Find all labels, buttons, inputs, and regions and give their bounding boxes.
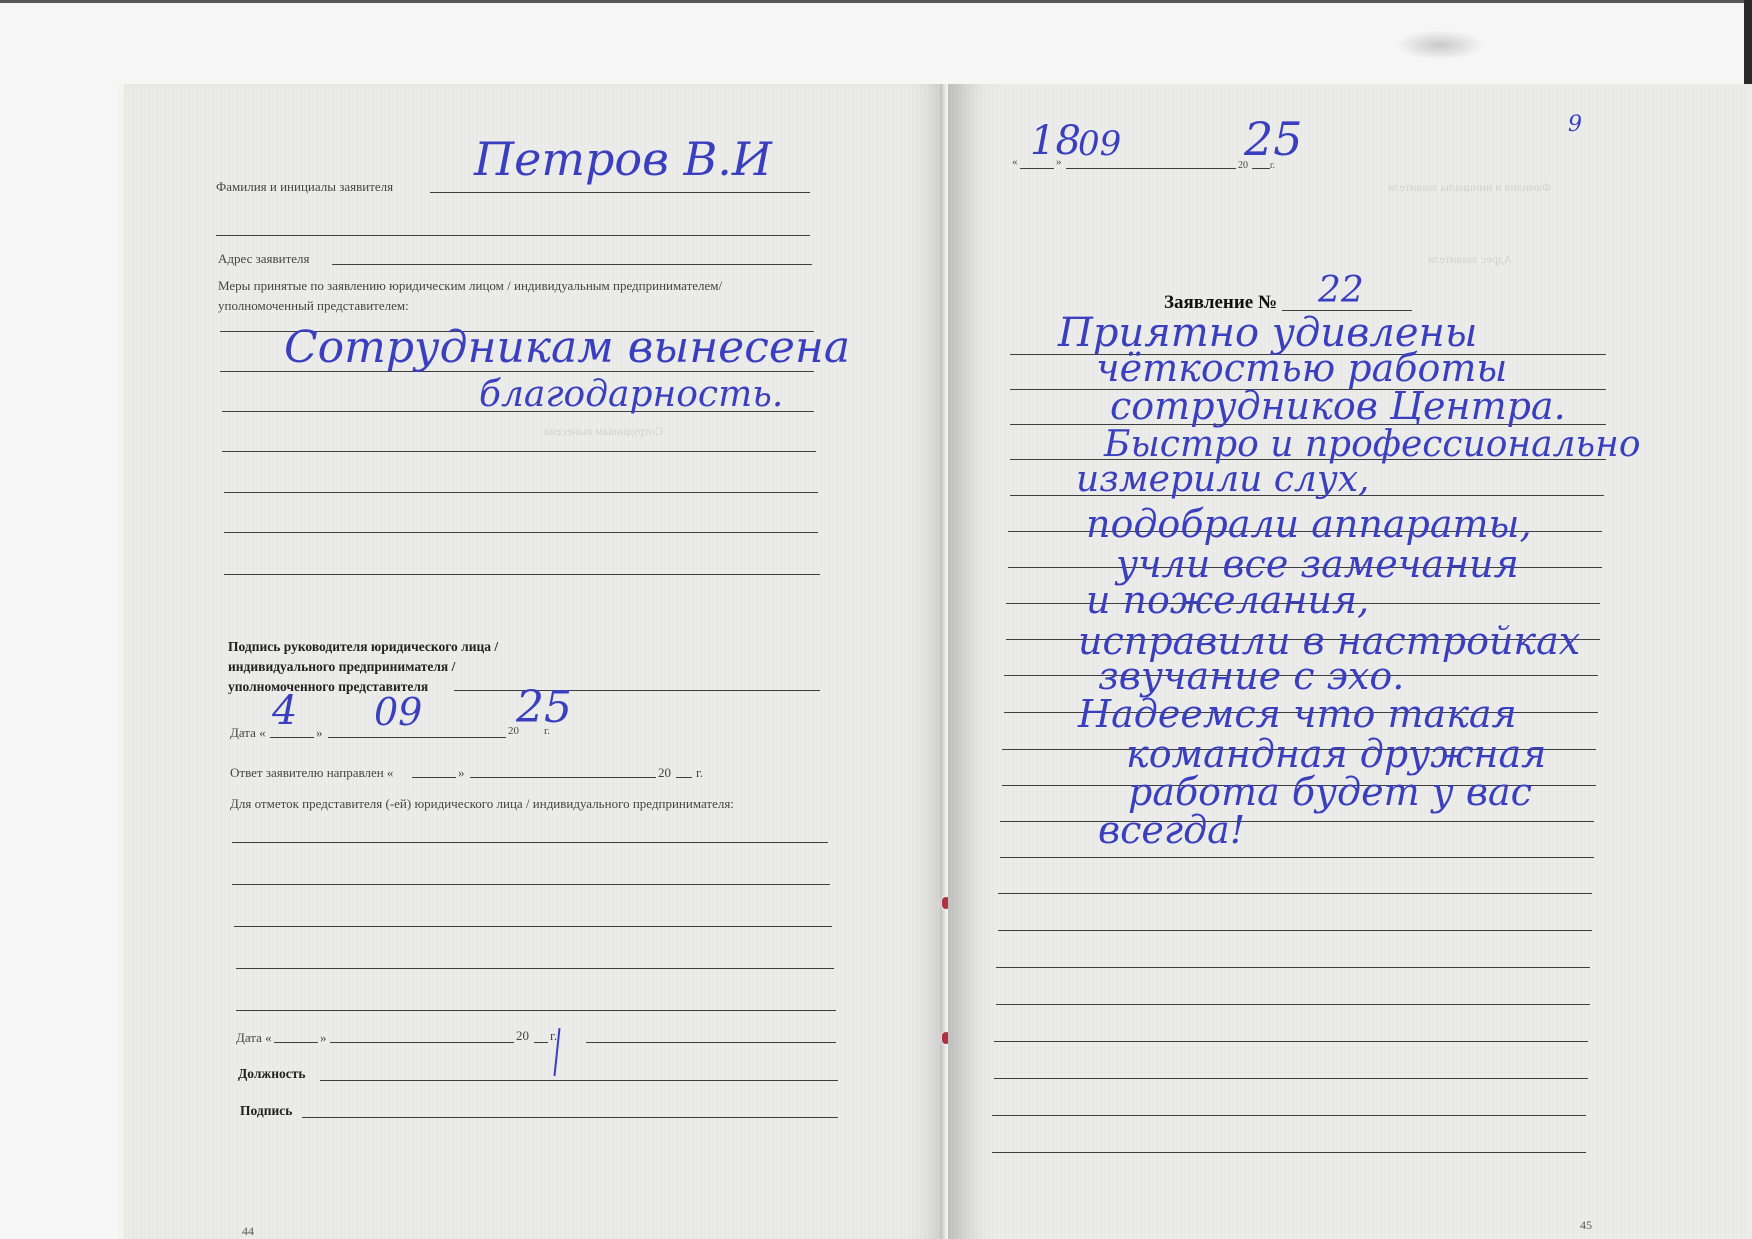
date-month-line [1066,168,1236,169]
notes-label: Для отметок представителя (-ей) юридичес… [230,796,734,812]
ruled-line [992,1115,1586,1116]
bottom-year-prefix: 20 [516,1028,529,1044]
response-label: Ответ заявителю направлен « [230,765,393,781]
bleed-through-text: Фамилия и инициалы заявителя [1388,180,1552,195]
left-page: Фамилия и инициалы заявителя Петров В.И … [118,84,946,1239]
ruled-line [994,1041,1588,1042]
date-quote-close: » [316,725,323,741]
ruled-line [1000,821,1594,822]
response-month-line [470,777,656,778]
position-label: Должность [238,1066,306,1082]
statement-line: подобрали аппараты, [1086,502,1532,546]
ruled-line [1000,857,1594,858]
signature-label-2: индивидуального предпринимателя / [228,659,455,675]
position-line [320,1080,838,1081]
response-year-line [676,777,692,778]
scan-edge-right [1744,0,1752,90]
scan-edge-top [0,0,1752,3]
applicant-name-value: Петров В.И [474,132,772,186]
address-label: Адрес заявителя [218,251,310,267]
form-line [586,1042,836,1043]
form-line [222,451,816,452]
response-quote-close: » [458,765,465,781]
response-day-line [412,777,456,778]
notes-line [236,1010,836,1011]
statement-line: Надеемся что такая [1078,692,1517,736]
date-month-value: 09 [1078,124,1121,164]
ink-smudge [1395,30,1485,60]
sign-label: Подпись [240,1103,292,1119]
date-month-line [328,737,506,738]
date-day-value: 18 [1030,118,1081,164]
measures-label-1: Меры принятые по заявлению юридическим л… [218,278,722,294]
date-label: Дата « [230,725,266,741]
page-number-left: 44 [242,1224,254,1239]
ruled-line [992,1152,1586,1153]
statement-number: 22 [1318,270,1364,311]
applicant-name-label: Фамилия и инициалы заявителя [216,179,393,195]
applicant-name-line [430,192,810,193]
signature-line [454,690,820,691]
bottom-date-day-line [274,1042,318,1043]
ruled-line [994,1078,1588,1079]
form-line [224,574,820,575]
response-year-suffix: г. [696,765,703,781]
ruled-line [996,967,1590,968]
ruled-line [996,1004,1590,1005]
ruled-line [998,930,1592,931]
open-journal: Фамилия и инициалы заявителя Петров В.И … [118,84,1752,1239]
bleed-through-text: Сотрудникам вынесена [544,424,663,439]
notes-line [232,842,828,843]
statement-line: сотрудников Центра. [1110,384,1566,428]
date-day-value: 4 [272,688,297,734]
statement-line: измерили слух, [1076,459,1369,500]
date-year-value: 25 [1244,112,1303,166]
notes-line [236,968,834,969]
form-line [224,532,818,533]
date-month-value: 09 [374,690,422,734]
notes-line [234,926,832,927]
page-number-right: 45 [1580,1218,1592,1233]
date-year-line [1252,168,1270,169]
bottom-date-quote-close: » [320,1030,327,1046]
statement-line: всегда! [1098,808,1245,852]
address-line [332,264,812,265]
notes-line [232,884,830,885]
measures-label-2: уполномоченный представителем: [218,298,409,314]
bottom-date-month-line [330,1042,514,1043]
measures-value-1: Сотрудникам вынесена [284,322,850,373]
corner-page-mark: 9 [1568,112,1582,137]
measures-value-2: благодарность. [479,374,783,415]
date-year-value: 25 [516,682,572,733]
signature-label-1: Подпись руководителя юридического лица / [228,639,498,655]
date-day-line [1020,168,1054,169]
date-day-line [270,737,314,738]
right-page: 9 Фамилия и инициалы заявителя Адрес зая… [948,84,1748,1239]
bottom-date-label: Дата « [236,1030,272,1046]
statement-line: и пожелания, [1086,578,1369,622]
ruled-line [998,893,1592,894]
form-line [224,492,818,493]
bleed-through-text: Адрес заявителя [1428,252,1512,267]
date-quote-open: « [1012,156,1018,168]
bottom-year-line [534,1042,548,1043]
form-line [216,235,810,236]
sign-line [302,1117,838,1118]
response-year-prefix: 20 [658,765,671,781]
